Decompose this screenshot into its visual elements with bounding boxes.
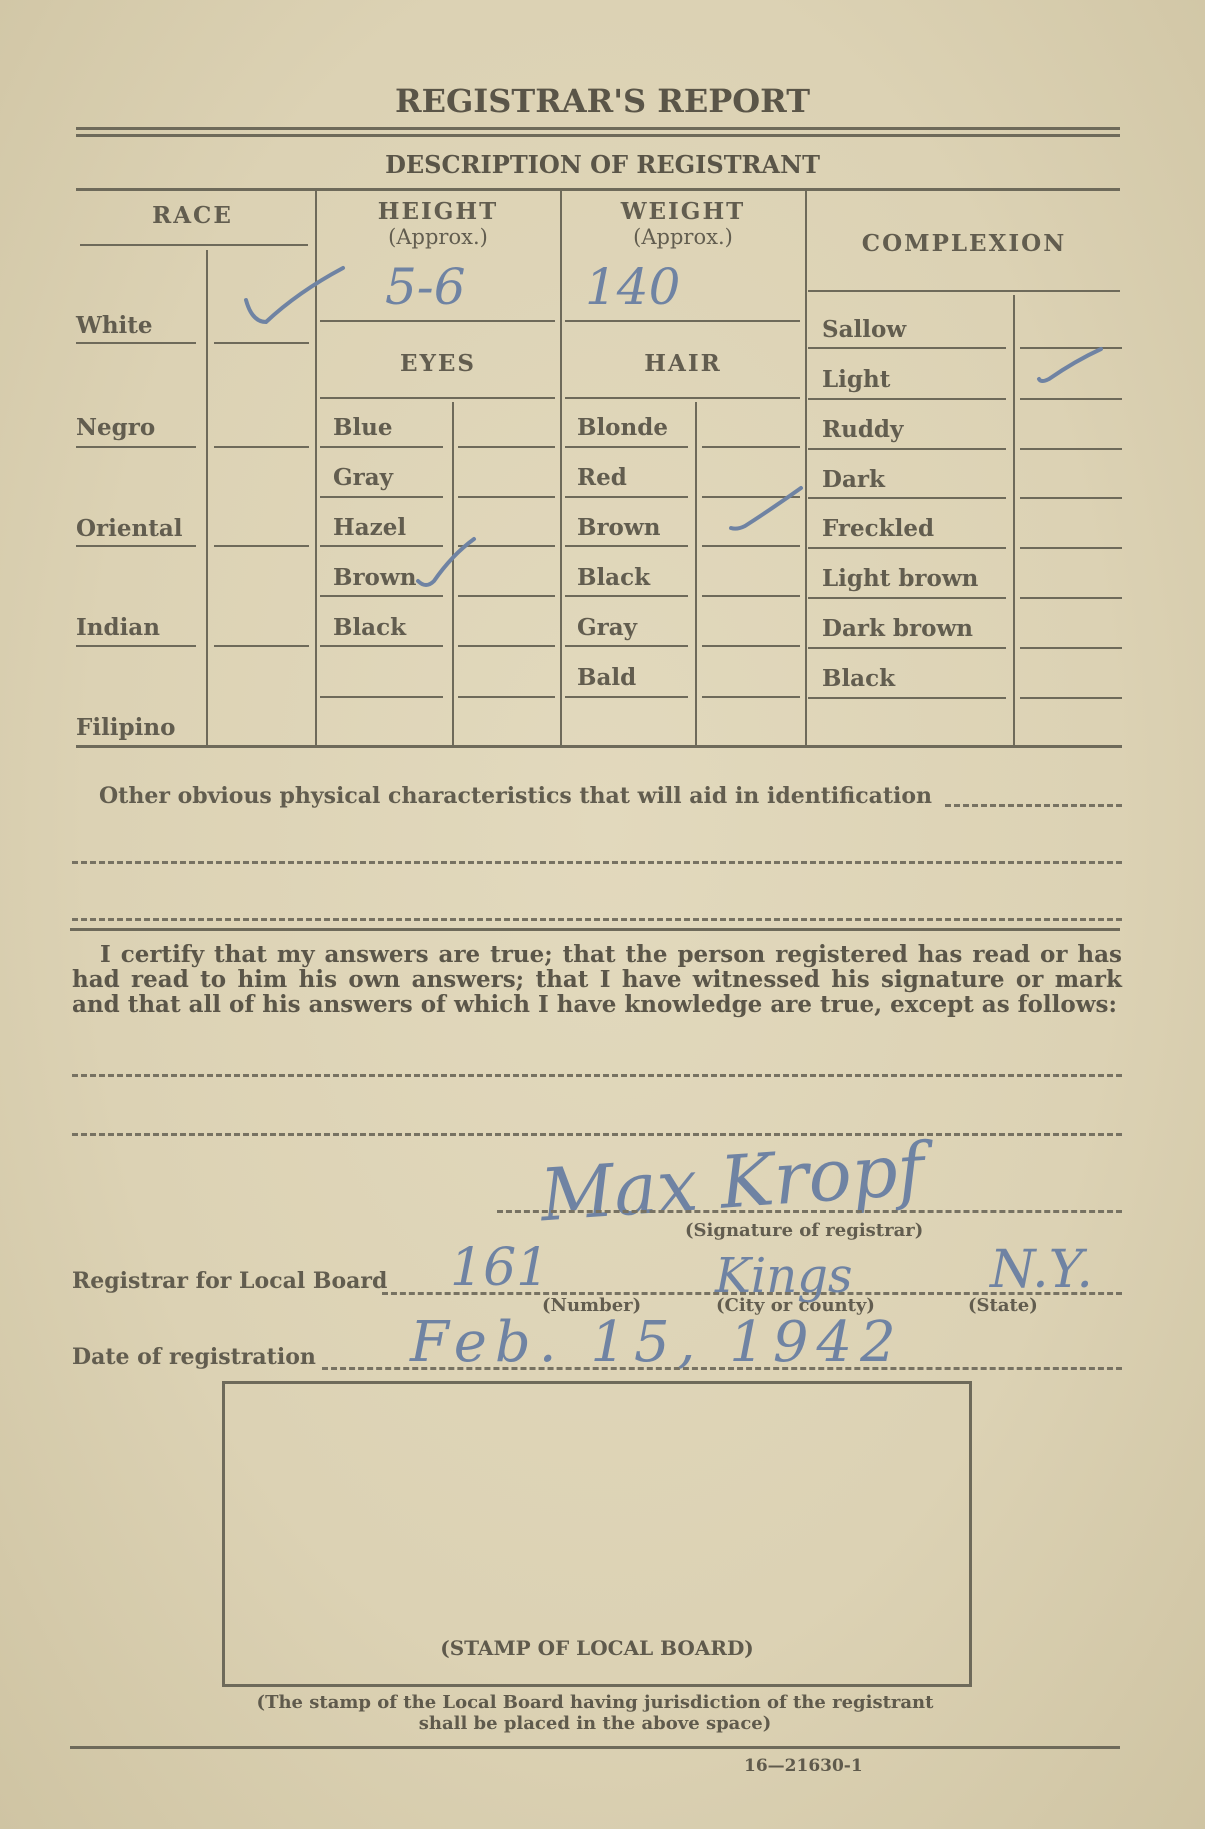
check-mark-eyes-brown[interactable] (412, 535, 482, 590)
hair-rule (565, 545, 688, 547)
complexion-option-ruddy: Ruddy (822, 416, 903, 443)
race-rule (76, 645, 196, 647)
eyes-check-rule (458, 595, 555, 597)
footer-rule (70, 1746, 1120, 1749)
eyes-check-rule (458, 645, 555, 647)
complexion-option-light-brown: Light brown (822, 565, 978, 592)
form-number: 16—21630-1 (744, 1756, 863, 1776)
local-board-state[interactable]: N.Y. (990, 1240, 1093, 1300)
stamp-label: (STAMP OF LOCAL BOARD) (222, 1636, 972, 1660)
eyes-check-rule (458, 446, 555, 448)
complexion-check-rule (1020, 697, 1122, 699)
complexion-check-rule (1020, 497, 1122, 499)
weight-value-rule (565, 320, 800, 322)
col-div-height (560, 190, 562, 745)
table-top-rule (76, 188, 1120, 191)
title-rule-2 (76, 134, 1120, 137)
eyes-check-rule (458, 496, 555, 498)
complexion-rule (808, 697, 1006, 699)
hair-check-rule (702, 595, 800, 597)
hair-option-gray: Gray (577, 614, 637, 641)
hair-header-rule (565, 397, 800, 399)
race-option-white: White (76, 312, 153, 339)
race-rule (76, 342, 196, 344)
weight-header-label: WEIGHT (621, 198, 746, 225)
hair-option-black: Black (577, 564, 650, 591)
weight-value[interactable]: 140 (585, 258, 680, 316)
complexion-header-rule (808, 290, 1120, 292)
race-rule (76, 446, 196, 448)
section-divider (70, 928, 1120, 931)
state-caption: (State) (968, 1295, 1038, 1316)
eyes-option-black: Black (333, 614, 406, 641)
hair-check-rule (702, 645, 800, 647)
complexion-rule (808, 547, 1006, 549)
height-header-label: HEIGHT (378, 198, 499, 225)
hair-rule (565, 696, 688, 698)
height-header: HEIGHT (Approx.) (318, 198, 558, 249)
race-option-filipino: Filipino (76, 714, 175, 741)
height-value-rule (320, 320, 555, 322)
other-characteristics-line-3[interactable] (72, 918, 1122, 921)
hair-option-bald: Bald (577, 664, 636, 691)
complexion-check-rule (1020, 647, 1122, 649)
check-mark-hair-brown[interactable] (725, 482, 805, 532)
height-header-sub: (Approx.) (318, 225, 558, 249)
eyes-rule (320, 696, 443, 698)
exceptions-line-1[interactable] (72, 1074, 1122, 1077)
race-option-negro: Negro (76, 414, 155, 441)
col-div-race-check (206, 250, 208, 745)
section-title: DESCRIPTION OF REGISTRANT (0, 150, 1205, 179)
complexion-rule (808, 398, 1006, 400)
hair-check-rule (702, 446, 800, 448)
hair-check-rule (702, 545, 800, 547)
race-check-rule (214, 645, 309, 647)
stamp-note-line1: (The stamp of the Local Board having jur… (150, 1692, 1040, 1713)
hair-check-rule (702, 696, 800, 698)
weight-header-sub: (Approx.) (563, 225, 803, 249)
complexion-option-dark: Dark (822, 466, 885, 493)
eyes-rule (320, 496, 443, 498)
complexion-check-rule (1020, 448, 1122, 450)
hair-rule (565, 446, 688, 448)
hair-rule (565, 595, 688, 597)
hair-option-brown: Brown (577, 514, 660, 541)
eyes-option-brown: Brown (333, 564, 416, 591)
check-mark-complexion-light[interactable] (1035, 345, 1105, 385)
certification-text: I certify that my answers are true; that… (72, 942, 1122, 1017)
eyes-rule (320, 645, 443, 647)
race-check-rule (214, 342, 309, 344)
eyes-rule (320, 446, 443, 448)
race-check-rule (214, 446, 309, 448)
signature-line (497, 1210, 1122, 1213)
race-option-indian: Indian (76, 614, 160, 641)
complexion-rule (808, 448, 1006, 450)
other-characteristics-field[interactable] (945, 804, 1122, 807)
hair-header: HAIR (563, 350, 803, 377)
complexion-option-freckled: Freckled (822, 515, 934, 542)
complexion-option-black: Black (822, 665, 895, 692)
weight-header: WEIGHT (Approx.) (563, 198, 803, 249)
complexion-check-rule (1020, 547, 1122, 549)
local-board-number[interactable]: 161 (450, 1238, 549, 1298)
other-characteristics-label: Other obvious physical characteristics t… (99, 783, 932, 809)
complexion-rule (808, 647, 1006, 649)
race-header: RACE (80, 202, 305, 229)
exceptions-line-2[interactable] (72, 1133, 1122, 1136)
complexion-rule (808, 497, 1006, 499)
hair-option-blonde: Blonde (577, 414, 668, 441)
col-div-weight (805, 190, 807, 745)
complexion-rule (808, 347, 1006, 349)
registration-date-value[interactable]: Feb. 15, 1942 (410, 1310, 904, 1375)
eyes-option-gray: Gray (333, 464, 393, 491)
eyes-header-rule (320, 397, 555, 399)
form-title: REGISTRAR'S REPORT (0, 82, 1205, 120)
race-option-oriental: Oriental (76, 515, 183, 542)
eyes-option-blue: Blue (333, 414, 393, 441)
date-label: Date of registration (72, 1344, 316, 1370)
eyes-option-hazel: Hazel (333, 514, 406, 541)
complexion-option-light: Light (822, 366, 890, 393)
other-characteristics-line-2[interactable] (72, 861, 1122, 864)
eyes-header: EYES (318, 350, 558, 377)
hair-rule (565, 645, 688, 647)
race-check-rule (214, 545, 309, 547)
race-rule (76, 545, 196, 547)
stamp-note-line2: shall be placed in the above space) (150, 1713, 1040, 1734)
hair-option-red: Red (577, 464, 627, 491)
complexion-option-sallow: Sallow (822, 316, 906, 343)
complexion-check-rule (1020, 597, 1122, 599)
col-div-complexion-check (1013, 295, 1015, 745)
title-rule-1 (76, 127, 1120, 130)
signature-caption: (Signature of registrar) (685, 1220, 923, 1241)
complexion-rule (808, 597, 1006, 599)
eyes-rule (320, 595, 443, 597)
complexion-option-dark-brown: Dark brown (822, 615, 973, 642)
complexion-check-rule (1020, 398, 1122, 400)
local-board-label: Registrar for Local Board (72, 1268, 387, 1294)
table-bottom-rule (76, 745, 1122, 748)
eyes-check-rule (458, 696, 555, 698)
height-value[interactable]: 5-6 (385, 258, 466, 316)
hair-rule (565, 496, 688, 498)
col-div-hair-check (695, 402, 697, 745)
race-header-rule (80, 244, 308, 246)
complexion-header: COMPLEXION (808, 230, 1120, 257)
